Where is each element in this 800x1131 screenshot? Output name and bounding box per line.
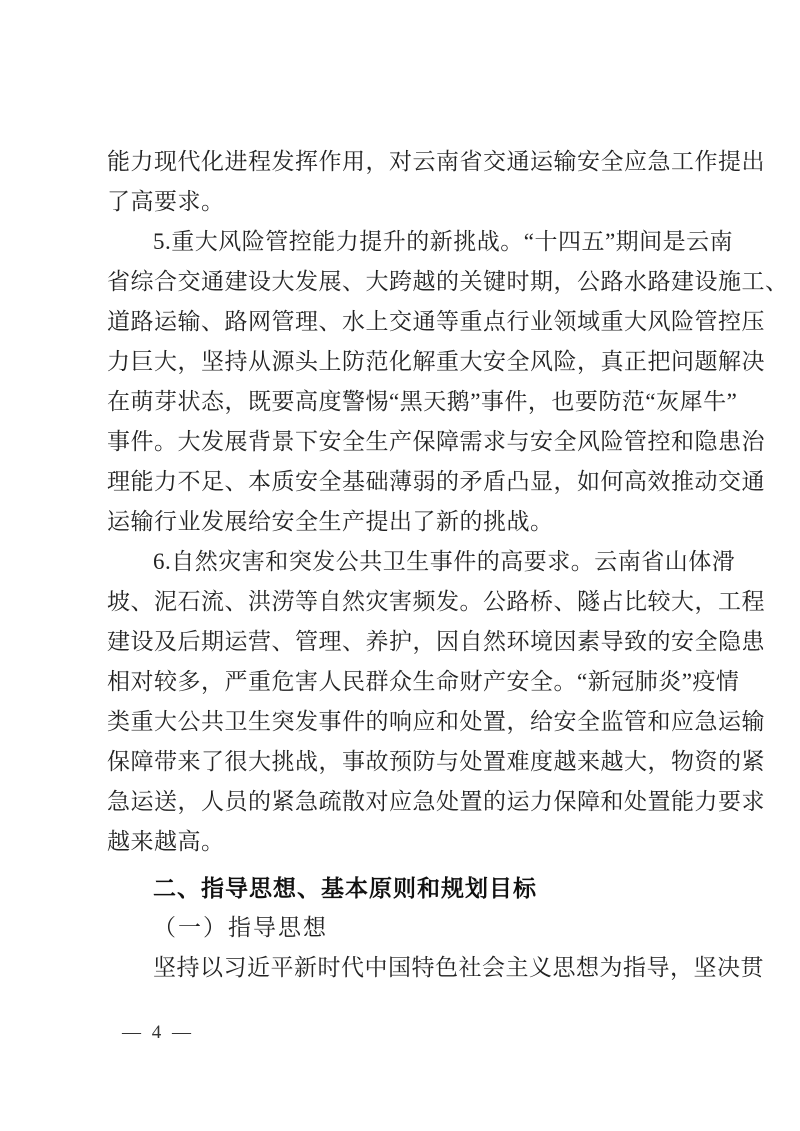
- document-page: 能力现代化进程发挥作用，对云南省交通运输安全应急工作提出 了高要求。 5.重大风…: [0, 0, 800, 1131]
- body-line: 事件。大发展背景下安全生产保障需求与安全风险管控和隐患治: [107, 422, 717, 462]
- section-heading: 二、指导思想、基本原则和规划目标: [107, 868, 717, 908]
- body-line: 理能力不足、本质安全基础薄弱的矛盾凸显，如何高效推动交通: [107, 462, 717, 502]
- body-line: 6.自然灾害和突发公共卫生事件的高要求。云南省山体滑: [107, 542, 717, 582]
- body-line: 在萌芽状态，既要高度警惕“黑天鹅”事件，也要防范“灰犀牛”: [107, 382, 717, 422]
- body-line: 道路运输、路网管理、水上交通等重点行业领域重大风险管控压: [107, 302, 717, 342]
- body-line: 相对较多，严重危害人民群众生命财产安全。“新冠肺炎”疫情: [107, 662, 717, 702]
- body-line: 力巨大，坚持从源头上防范化解重大安全风险，真正把问题解决: [107, 342, 717, 382]
- body-line: 坚持以习近平新时代中国特色社会主义思想为指导，坚决贯: [107, 948, 717, 988]
- body-line: 保障带来了很大挑战，事故预防与处置难度越来越大，物资的紧: [107, 742, 717, 782]
- body-line: 急运送，人员的紧急疏散对应急处置的运力保障和处置能力要求: [107, 782, 717, 822]
- body-line: 类重大公共卫生突发事件的响应和处置，给安全监管和应急运输: [107, 702, 717, 742]
- body-line: 越来越高。: [107, 822, 717, 862]
- body-line: 坡、泥石流、洪涝等自然灾害频发。公路桥、隧占比较大，工程: [107, 582, 717, 622]
- body-line: 5.重大风险管控能力提升的新挑战。“十四五”期间是云南: [107, 222, 717, 262]
- body-line: 建设及后期运营、管理、养护，因自然环境因素导致的安全隐患: [107, 622, 717, 662]
- subsection-heading: （一）指导思想: [107, 908, 717, 948]
- body-line: 了高要求。: [107, 182, 717, 222]
- page-number: — 4 —: [122, 1022, 194, 1044]
- body-line: 运输行业发展给安全生产提出了新的挑战。: [107, 502, 717, 542]
- body-line: 省综合交通建设大发展、大跨越的关键时期，公路水路建设施工、: [107, 262, 717, 302]
- body-line: 能力现代化进程发挥作用，对云南省交通运输安全应急工作提出: [107, 142, 717, 182]
- text-column: 能力现代化进程发挥作用，对云南省交通运输安全应急工作提出 了高要求。 5.重大风…: [107, 142, 717, 988]
